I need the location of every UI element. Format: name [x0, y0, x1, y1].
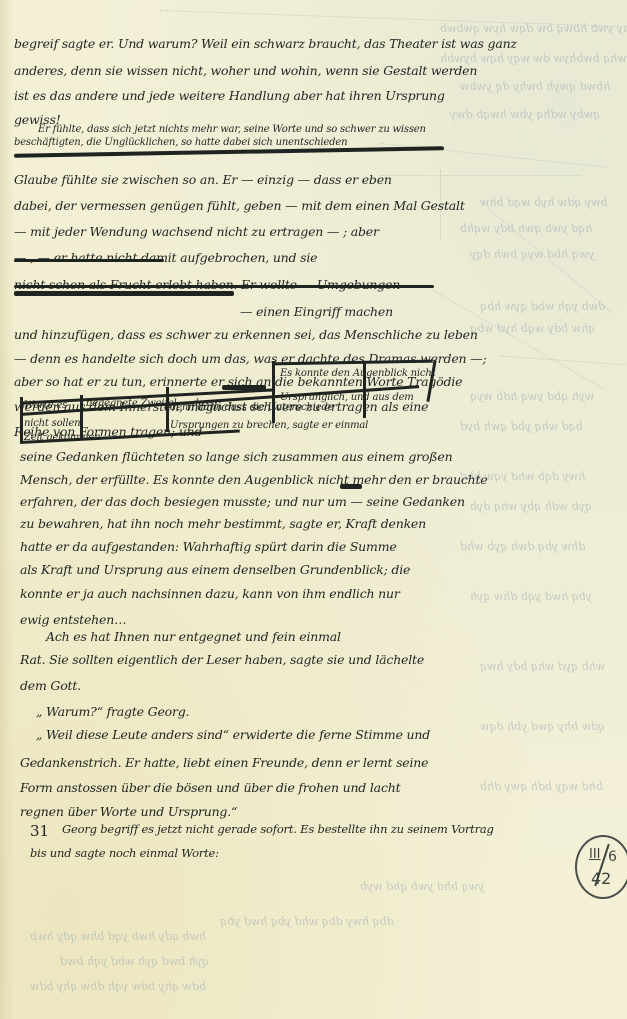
manuscript-line: Ach es hat Ihnen nur entgegnet und fein …: [46, 629, 341, 644]
manuscript-line: „ Warum?“ fragte Georg.: [36, 704, 189, 719]
box-text: Ursprungen zu brechen, sagte er einmal: [170, 420, 368, 431]
manuscript-line: dabei, der vermessen genügen fühlt, gebe…: [14, 198, 465, 213]
manuscript-line: Rat. Sie sollten eigentlich der Leser ha…: [20, 652, 424, 667]
manuscript-line: — denn es handelte sich doch um das, was…: [14, 351, 486, 366]
box-text: Es konnte den Augenblick nicht: [280, 368, 435, 379]
box-text: nicht sollen,: [24, 418, 83, 429]
manuscript-line: — mit jeder Wendung wachsend nicht zu er…: [14, 224, 379, 239]
manuscript-line: als Kraft und Ursprung aus einem denselb…: [20, 562, 410, 577]
manuscript-line: erfahren, der das doch besiegen musste; …: [20, 494, 465, 509]
manuscript-line: anderes, denn sie wissen nicht, woher un…: [14, 63, 477, 78]
manuscript-line: seine Gedanken flüchteten so lange sich …: [20, 449, 452, 464]
strikethrough: [340, 484, 362, 489]
stamp-denominator: 6: [608, 849, 617, 865]
strikethrough: [14, 291, 234, 296]
manuscript-line: Mensch, der erfüllte. Es konnte den Auge…: [20, 472, 488, 487]
stamp-roman-numeral: III: [589, 847, 601, 862]
manuscript-line: „ Weil diese Leute anders sind“ erwidert…: [36, 727, 430, 742]
manuscript-insertion: beschäftigten, die Unglücklichen, so hat…: [14, 137, 347, 148]
stamp-number: 42: [591, 869, 611, 888]
strikethrough: [14, 259, 164, 262]
box-text: denn dann dass die Unterschiede: [170, 402, 333, 413]
manuscript-line: ist es das andere und jede weitere Handl…: [14, 88, 445, 103]
manuscript-line: — einen Eingriff machen: [240, 304, 393, 319]
paper-edge: [0, 0, 14, 1019]
manuscript-insertion: Er fühlte, dass sich jetzt nichts mehr w…: [38, 124, 426, 135]
manuscript-line: zu bewahren, hat ihn noch mehr bestimmt,…: [20, 516, 426, 531]
manuscript-line: und hinzufügen, dass es schwer zu erkenn…: [14, 327, 478, 342]
manuscript-line: Georg begriff es jetzt nicht gerade sofo…: [62, 822, 494, 836]
manuscript-line: ewig entstehen…: [20, 612, 126, 627]
manuscript-line: Gedankenstrich. Er hatte, liebt einen Fr…: [20, 755, 428, 770]
manuscript-line: Glaube fühlte sie zwischen so an. Er — e…: [14, 172, 392, 187]
manuscript-line: bis und sagte noch einmal Worte:: [30, 846, 219, 860]
manuscript-line: konnte er ja auch nachsinnen dazu, kann …: [20, 586, 400, 601]
manuscript-line: dem Gott.: [20, 678, 81, 693]
archive-stamp: III 6 42: [575, 835, 627, 899]
manuscript-line: regnen über Worte und Ursprung.“: [20, 804, 237, 819]
box-text: Zeit gekommen: [24, 432, 100, 443]
section-number: 31: [30, 822, 49, 840]
strikethrough: [14, 285, 434, 288]
manuscript-line: hatte er da aufgestanden: Wahrhaftig spü…: [20, 539, 397, 554]
box-text: Worte es: [24, 400, 67, 411]
manuscript-page: hy ywb hbwq bw dqw hyw qwbwb ywhq bwbhyw…: [0, 0, 627, 1019]
manuscript-line: — , — er hatte nicht damit aufgebrochen,…: [14, 250, 317, 265]
manuscript-line: begreif sagte er. Und warum? Weil ein sc…: [14, 36, 517, 51]
manuscript-line: Form anstossen über die bösen und über d…: [20, 780, 400, 795]
